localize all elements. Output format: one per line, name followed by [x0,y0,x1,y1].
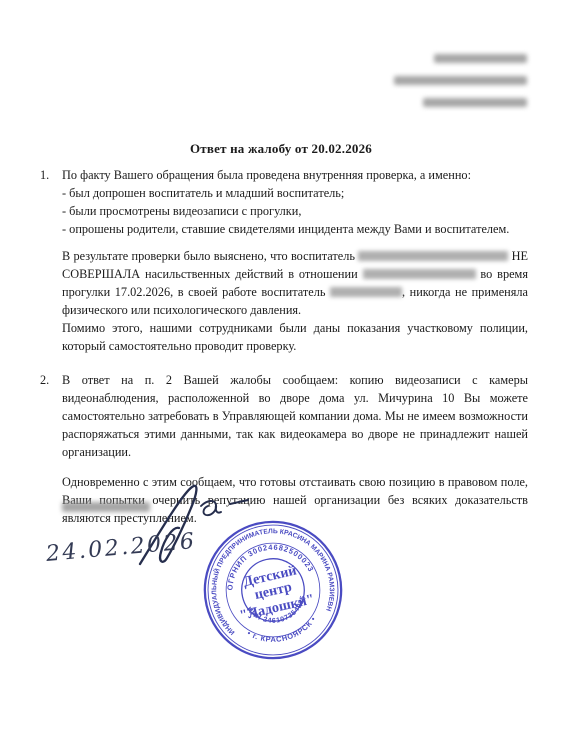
redacted-line [434,54,527,63]
paragraph-item-2-text: В ответ на п. 2 Вашей жалобы сообщаем: к… [62,371,528,461]
stamp-svg: ИНДИВИДУАЛЬНЫЙ ПРЕДПРИНИМАТЕЛЬ КРАСИНА М… [188,505,358,675]
redacted-text [363,269,476,279]
paragraph-intro: По факту Вашего обращения была проведена… [62,166,528,184]
paragraph-item-2: 2. В ответ на п. 2 Вашей жалобы сообщаем… [40,371,528,461]
bullet-line: - был допрошен воспитатель и младший вос… [62,184,528,202]
paragraph-item-1: 1. По факту Вашего обращения была провед… [40,166,528,355]
redacted-text [358,251,508,261]
bullet-line: - опрошены родители, ставшие свидетелями… [62,220,528,238]
list-number-2: 2. [40,371,49,389]
list-number-1: 1. [40,166,49,184]
paragraph-police: Помимо этого, нашими сотрудниками были д… [62,319,528,355]
redacted-line [394,76,527,85]
paragraph-findings: В результате проверки было выяснено, что… [62,247,528,319]
letter-body: 1. По факту Вашего обращения была провед… [40,166,528,527]
redacted-line [423,98,527,107]
document-page: Ответ на жалобу от 20.02.2026 1. По факт… [0,0,562,754]
redacted-text [330,287,402,297]
stamp: ИНДИВИДУАЛЬНЫЙ ПРЕДПРИНИМАТЕЛЬ КРАСИНА М… [188,505,358,675]
bullet-line: - были просмотрены видеозаписи с прогулк… [62,202,528,220]
doc-title: Ответ на жалобу от 20.02.2026 [0,141,562,157]
letterhead-redacted-block [394,54,527,107]
